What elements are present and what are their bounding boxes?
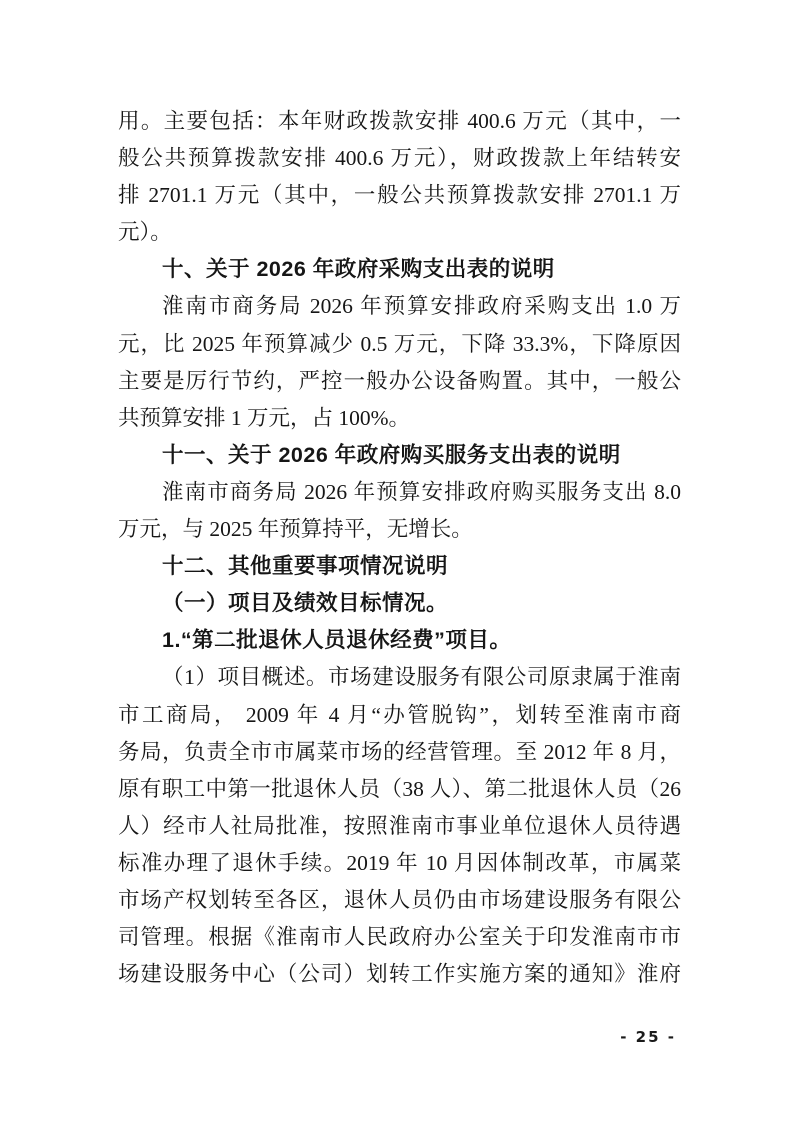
page-number: - 25 - (620, 1028, 676, 1046)
body-line: 市场产权划转至各区，退休人员仍由市场建设服务有限公 (118, 882, 681, 919)
body-line: 淮南市商务局 2026 年预算安排政府购买服务支出 8.0 (118, 474, 681, 511)
paragraph-funding-overview: 用。主要包括：本年财政拨款安排 400.6 万元（其中，一 般公共预算拨款安排 … (118, 103, 681, 251)
document-body: 用。主要包括：本年财政拨款安排 400.6 万元（其中，一 般公共预算拨款安排 … (118, 103, 681, 993)
body-line: 标准办理了退休手续。2019 年 10 月因体制改革，市属菜 (118, 845, 681, 882)
paragraph-project-overview: （1）项目概述。市场建设服务有限公司原隶属于淮南 市工商局， 2009 年 4 … (118, 659, 681, 993)
body-line: 司管理。根据《淮南市人民政府办公室关于印发淮南市市 (118, 919, 681, 956)
body-line: 万元，与 2025 年预算持平，无增长。 (118, 511, 681, 548)
body-line: 元）。 (118, 214, 681, 251)
body-line: 排 2701.1 万元（其中，一般公共预算拨款安排 2701.1 万 (118, 177, 681, 214)
body-line: 淮南市商务局 2026 年预算安排政府采购支出 1.0 万 (118, 288, 681, 325)
body-line: 元，比 2025 年预算减少 0.5 万元，下降 33.3%，下降原因 (118, 326, 681, 363)
body-line: 务局，负责全市市属菜市场的经营管理。至 2012 年 8 月， (118, 734, 681, 771)
body-line: 原有职工中第一批退休人员（38 人）、第二批退休人员（26 (118, 771, 681, 808)
body-line: 市工商局， 2009 年 4 月“办管脱钩”，划转至淮南市商 (118, 697, 681, 734)
section-heading-11: 十一、关于 2026 年政府购买服务支出表的说明 (118, 437, 681, 474)
body-line: 场建设服务中心（公司）划转工作实施方案的通知》淮府 (118, 956, 681, 993)
paragraph-gov-procurement: 淮南市商务局 2026 年预算安排政府采购支出 1.0 万 元，比 2025 年… (118, 288, 681, 436)
document-page: 用。主要包括：本年财政拨款安排 400.6 万元（其中，一 般公共预算拨款安排 … (0, 0, 793, 1122)
body-line: 主要是厉行节约，严控一般办公设备购置。其中，一般公 (118, 363, 681, 400)
section-heading-10: 十、关于 2026 年政府采购支出表的说明 (118, 251, 681, 288)
section-heading-12: 十二、其他重要事项情况说明 (118, 548, 681, 585)
paragraph-purchased-services: 淮南市商务局 2026 年预算安排政府购买服务支出 8.0 万元，与 2025 … (118, 474, 681, 548)
body-line: 用。主要包括：本年财政拨款安排 400.6 万元（其中，一 (118, 103, 681, 140)
body-line: （1）项目概述。市场建设服务有限公司原隶属于淮南 (118, 659, 681, 696)
body-line: 般公共预算拨款安排 400.6 万元），财政拨款上年结转安 (118, 140, 681, 177)
body-line: 人）经市人社局批准，按照淮南市事业单位退休人员待遇 (118, 808, 681, 845)
body-line: 共预算安排 1 万元，占 100%。 (118, 400, 681, 437)
item-heading-retirement-fund: 1.“第二批退休人员退休经费”项目。 (118, 622, 681, 659)
subsection-heading-projects: （一）项目及绩效目标情况。 (118, 585, 681, 622)
